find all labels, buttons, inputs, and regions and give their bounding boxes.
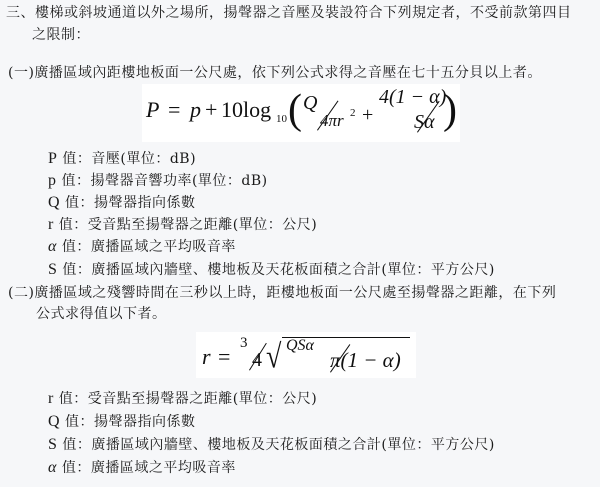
- definition-symbol: r: [48, 216, 54, 233]
- section-heading-line1: 三、樓梯或斜坡通道以外之場所，揚聲器之音壓及裝設符合下列規定者，不受前款第四目: [6, 4, 572, 22]
- formula-lhs: r: [202, 344, 211, 370]
- formula-log-base: 10: [276, 113, 287, 125]
- definition-label: 值：廣播區域之平均吸音率: [62, 460, 236, 476]
- formula-coef: 10: [221, 97, 243, 123]
- definition-r: r 值：受音點至揚聲器之距離(單位：公尺): [48, 390, 317, 408]
- formula-lhs: P: [146, 97, 159, 123]
- formula-p: p: [190, 97, 201, 123]
- page-number-cutoff: [291, 481, 309, 487]
- definition-alpha: α 值：廣播區域之平均吸音率: [48, 459, 236, 477]
- definition-symbol: r: [48, 390, 54, 407]
- item2-text-line1: (二)廣播區域之殘響時間在三秒以上時，距樓地板面一公尺處至揚聲器之距離，在下列: [8, 284, 556, 302]
- definition-symbol: S: [48, 261, 57, 278]
- definition-symbol: P: [48, 150, 57, 167]
- section-heading-line2: 之限制：: [32, 26, 90, 44]
- formula-plus2: +: [362, 104, 373, 127]
- sqrt-icon: √: [266, 339, 281, 377]
- definition-symbol: S: [48, 436, 57, 453]
- formula-radicand-num: QSα: [286, 337, 314, 355]
- formula-plus1: +: [205, 97, 217, 123]
- formula-sound-pressure: P = p + 10 log 10 ( Q 4πr 2 + 4(1 − α) S…: [142, 84, 460, 142]
- definition-r: r 值：受音點至揚聲器之距離(單位：公尺): [48, 216, 317, 234]
- formula-eq: =: [168, 97, 180, 123]
- definition-label: 值：受音點至揚聲器之距離(單位：公尺): [59, 391, 317, 407]
- definition-symbol: Q: [48, 194, 60, 211]
- formula-term1-den: 4πr: [320, 111, 344, 131]
- formula-eq: =: [218, 344, 230, 370]
- formula-term1-num: Q: [303, 92, 317, 115]
- definition-symbol: Q: [48, 413, 60, 430]
- definition-S: S 值：廣播區域內牆壁、樓地板及天花板面積之合計(單位：平方公尺): [48, 261, 495, 279]
- definition-P: P 值：音壓(單位：dB): [48, 150, 196, 168]
- formula-frac-num: 3: [240, 335, 248, 352]
- definition-label: 值：揚聲器指向係數: [65, 195, 196, 211]
- definition-label: 值：揚聲器音響功率(單位：dB): [61, 173, 267, 189]
- definition-Q: Q 值：揚聲器指向係數: [48, 194, 196, 212]
- formula-distance: r = 3 4 √ QSα π(1 − α): [196, 332, 416, 378]
- definition-label: 值：音壓(單位：dB): [62, 151, 196, 167]
- definition-label: 值：廣播區域之平均吸音率: [62, 239, 236, 255]
- definition-symbol: p: [48, 172, 57, 189]
- definition-Q: Q 值：揚聲器指向係數: [48, 413, 196, 431]
- definition-S: S 值：廣播區域內牆壁、樓地板及天花板面積之合計(單位：平方公尺): [48, 436, 495, 454]
- formula-radicand-den: π(1 − α): [330, 348, 401, 373]
- definition-alpha: α 值：廣播區域之平均吸音率: [48, 238, 236, 256]
- formula-open-paren: (: [288, 89, 302, 131]
- definition-label: 值：廣播區域內牆壁、樓地板及天花板面積之合計(單位：平方公尺): [62, 262, 494, 278]
- definition-label: 值：受音點至揚聲器之距離(單位：公尺): [59, 217, 317, 233]
- formula-frac-den: 4: [252, 349, 262, 372]
- definition-symbol: α: [48, 238, 57, 255]
- definition-label: 值：揚聲器指向係數: [65, 414, 196, 430]
- definition-symbol: α: [48, 459, 57, 476]
- formula-log: log: [243, 97, 271, 123]
- formula-term1-den-exp: 2: [350, 107, 356, 119]
- definition-p: p 值：揚聲器音響功率(單位：dB): [48, 172, 268, 190]
- item1-text: (一)廣播區域內距樓地板面一公尺處，依下列公式求得之音壓在七十五分貝以上者。: [8, 64, 542, 82]
- formula-close-paren: ): [443, 89, 457, 131]
- formula-term2-den: Sα: [414, 111, 435, 134]
- definition-label: 值：廣播區域內牆壁、樓地板及天花板面積之合計(單位：平方公尺): [62, 437, 494, 453]
- item2-text-line2: 公式求得值以下者。: [36, 305, 167, 323]
